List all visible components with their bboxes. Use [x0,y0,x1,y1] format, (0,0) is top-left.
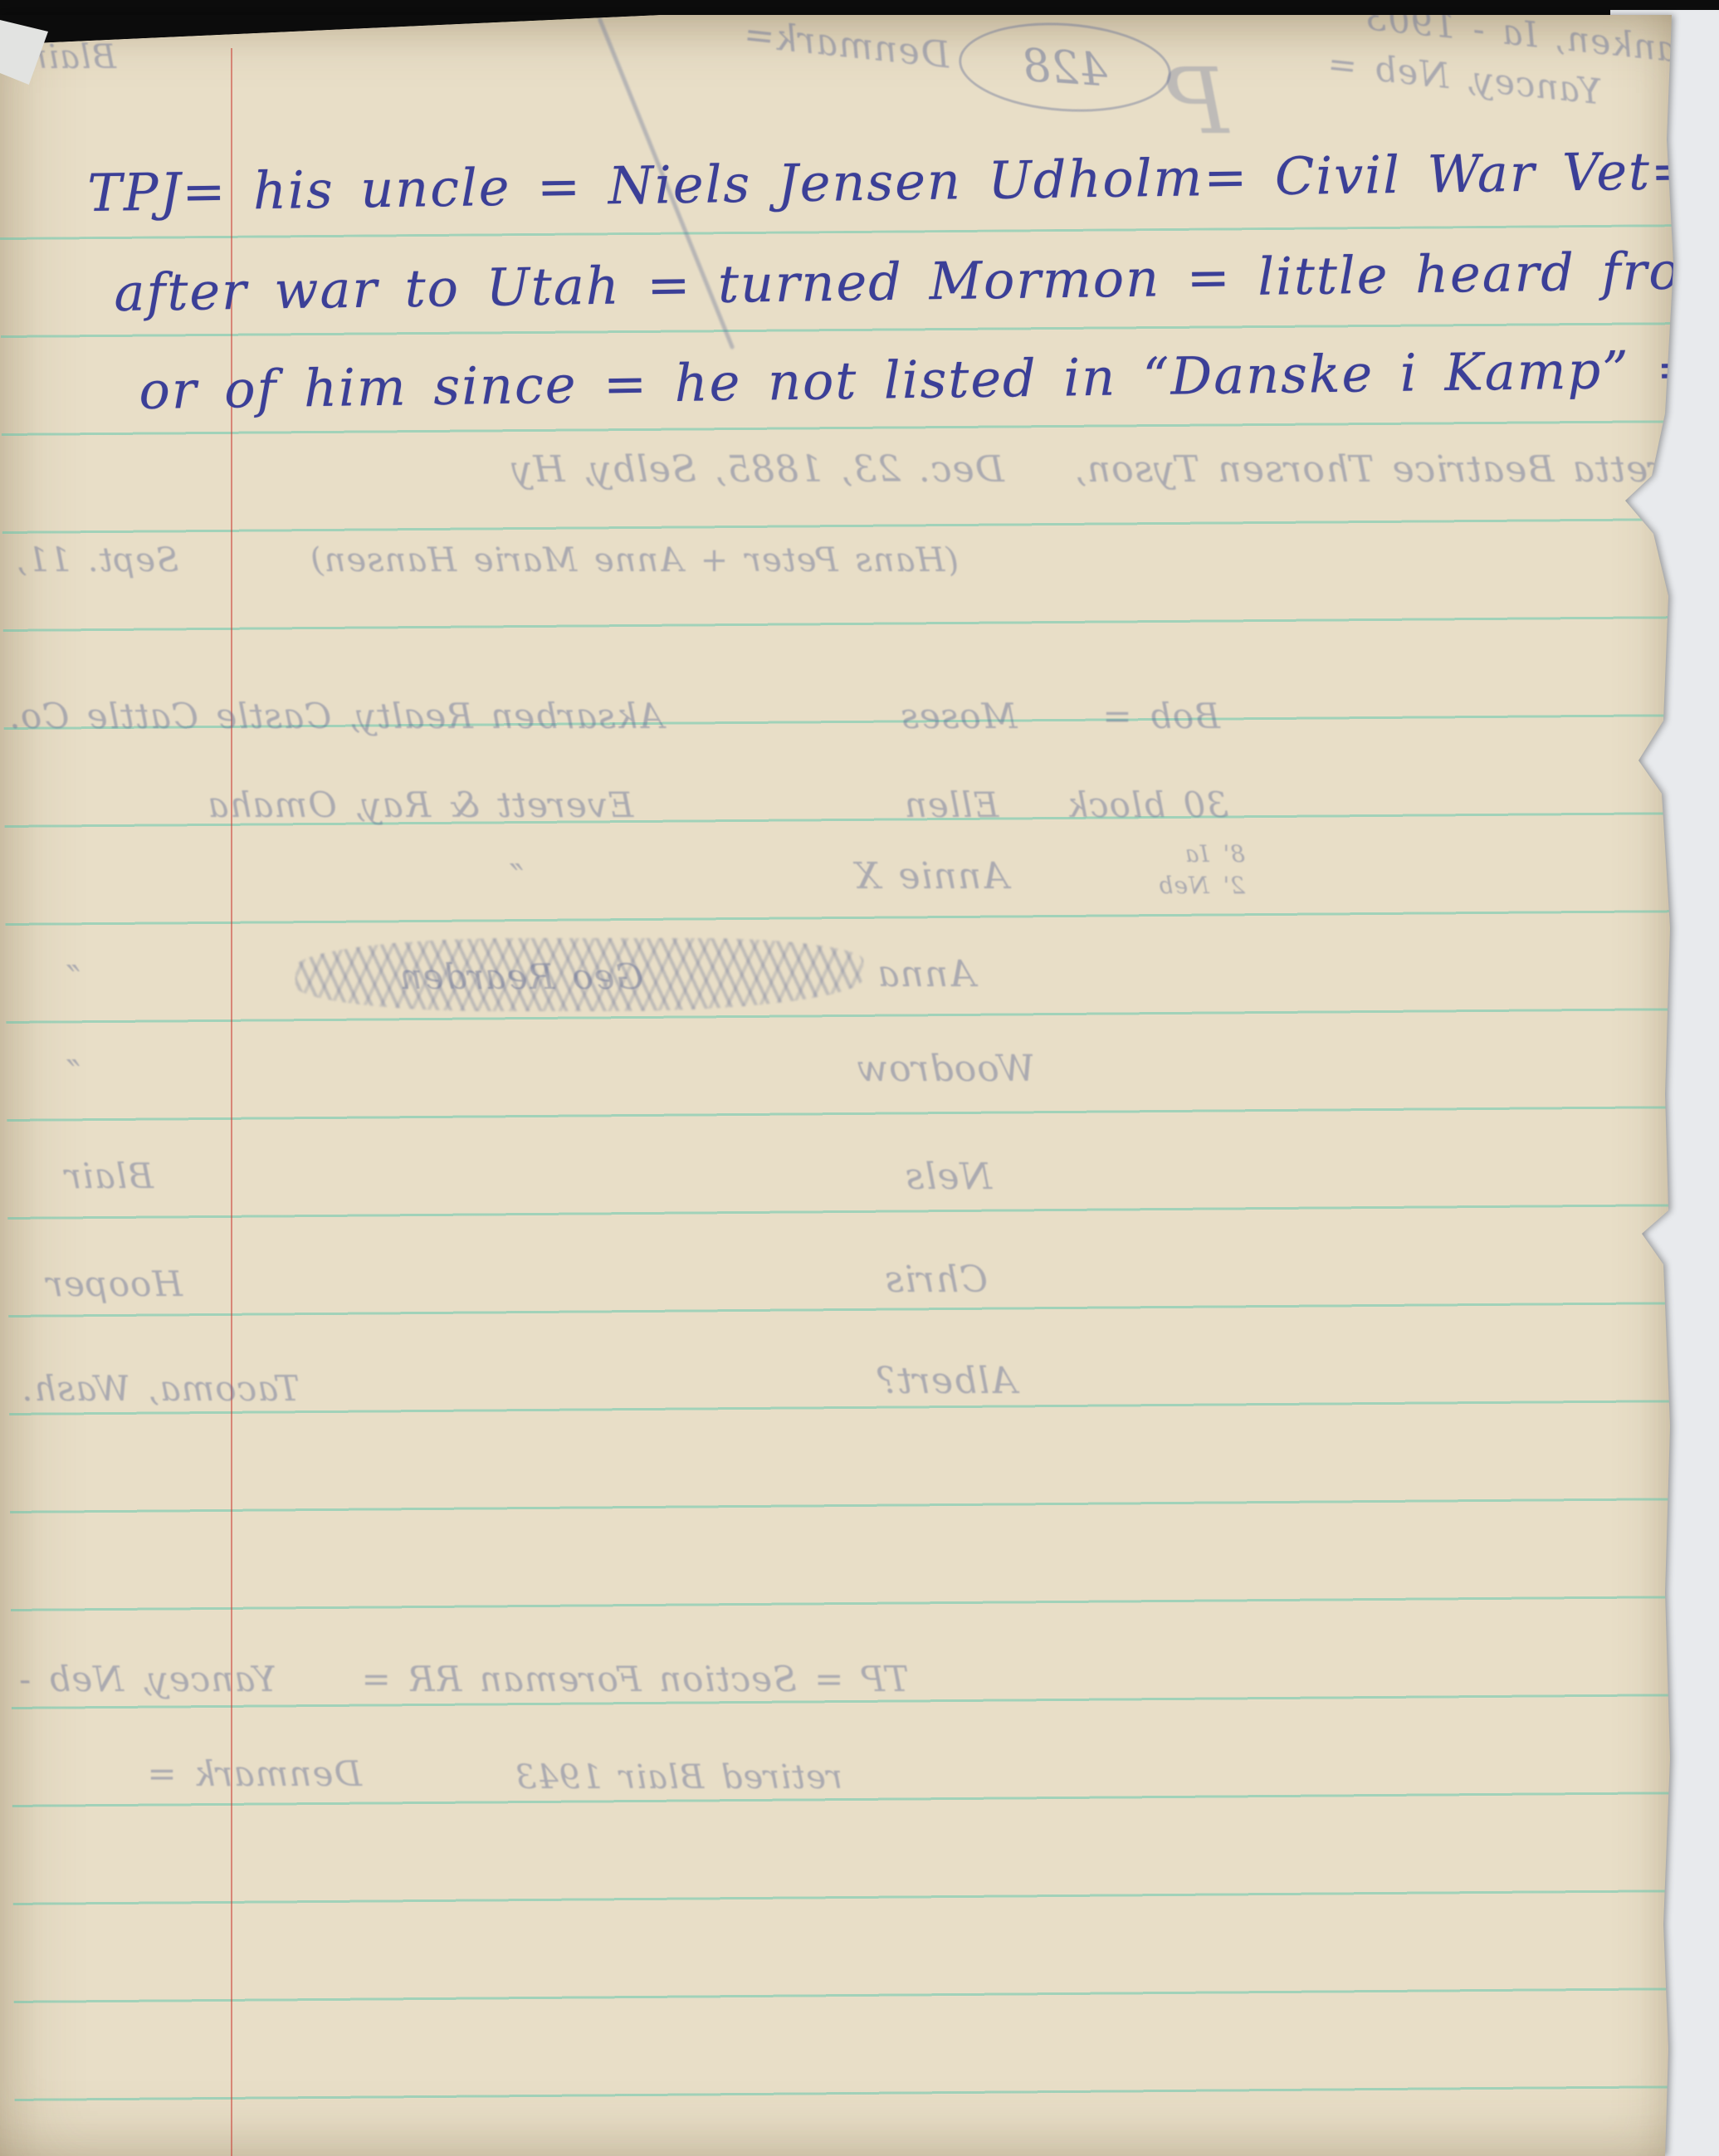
bleed-hooper-left: Hooper [25,1264,183,1304]
bleed-woodrow-name: Woodrow [815,1048,1035,1090]
paper-wrap: Blair Denmark= 428 Hanken, Ia - 1903 Yan… [0,15,1719,2156]
bleed-tp-foreman-line: TP = Section Foreman RR = Yancey, Neb - [149,1659,909,1699]
bleed-circled-428-number: 428 [1020,38,1109,96]
bleed-ditto-row-3: ″ [490,857,523,899]
bleed-nels-name: Nels [872,1156,992,1198]
bleed-scribble-patch [295,938,863,1011]
scanner-shadow-top-wedge [0,15,664,45]
ruled-lines [0,224,1692,2139]
bleed-bob-moses-line: Bob = Moses Aksarben Realty, Castle Catt… [37,696,1220,736]
bleed-ia-neb-note: 8' Ia 2' Neb [1104,838,1245,902]
bleed-stray-loop: P [1154,48,1228,154]
notebook-paper: Blair Denmark= 428 Hanken, Ia - 1903 Yan… [0,15,1677,2156]
bleed-ellen-line: 30 block Ellen Everett & Ray, Omaha [50,785,1228,825]
handwriting-line-1: TPJ= his uncle = Niels Jensen Udholm= Ci… [87,140,1696,223]
bleed-hansen-line: (Hans Peter + Anne Marie Hansen) Sept. 1… [58,541,959,579]
bleed-circled-428: 428 [956,16,1174,119]
bleed-denmark-top: Denmark= [700,8,952,76]
bleed-chris-name: Chris [863,1259,988,1301]
bleed-annie-name: Annie X [830,855,1008,897]
bleed-albert-name: Albert? [855,1360,1017,1402]
bleed-retired-blair: retired Blair 1943 [457,1758,842,1797]
bleed-loretta-line: Loretta Beatrice Thorsen Tyson, Dec. 23,… [21,448,1714,491]
bleed-blair-left: Blair [33,1156,154,1196]
bleed-denmark-bottom: Denmark = [154,1753,362,1794]
bleed-tacoma-left: Tacoma, Wash. [22,1368,300,1409]
bleed-ditto-row-4: ″ [46,958,80,1000]
bleed-ditto-row-5: ″ [46,1053,80,1095]
scanned-notebook-page: { "page": { "kind": "scanned handwritten… [0,0,1719,2156]
